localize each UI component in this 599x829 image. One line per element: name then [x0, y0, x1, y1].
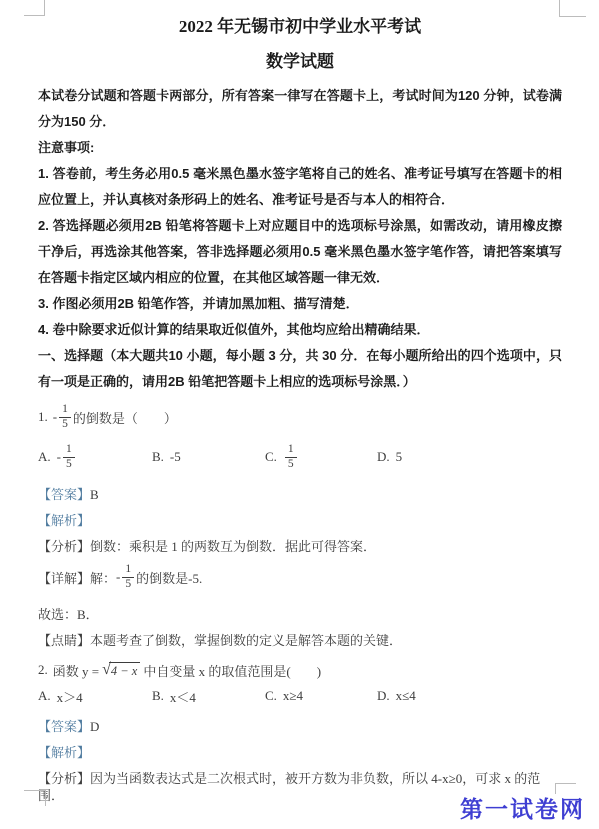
- option-d-value: 5: [396, 449, 403, 465]
- square-root-expression: √ 4 − x: [102, 662, 140, 679]
- answer-value: D: [90, 719, 99, 734]
- option-b-label: B.: [152, 449, 164, 465]
- question-1-number: 1.: [38, 409, 48, 425]
- question-1-conclusion: 故选：B．: [38, 606, 562, 623]
- dianjing-text: 本题考查了倒数，掌握倒数的定义是解答本题的关键．: [90, 633, 402, 648]
- question-2-number: 2.: [38, 662, 48, 678]
- answer-label: 【答案】: [38, 487, 90, 502]
- crop-mark-bottom-left: [24, 790, 46, 806]
- question-2-answer-line: 【答案】D: [38, 718, 562, 735]
- notice-item-1: 1. 答卷前，考生务必用0.5 毫米黑色墨水签字笔将自己的姓名、准考证号填写在答…: [38, 161, 562, 213]
- option-b: B. x＜4: [152, 687, 265, 706]
- option-a: A. x＞4: [38, 687, 152, 706]
- option-a-minus-sign: -: [57, 449, 61, 465]
- answer-value: B: [90, 487, 99, 502]
- option-c: C. x≥4: [265, 688, 377, 704]
- question-1-dianjing-line: 【点睛】本题考查了倒数，掌握倒数的定义是解答本题的关键．: [38, 632, 562, 649]
- fraction-denominator: 5: [285, 458, 297, 471]
- fenxi-label: 【分析】: [38, 539, 90, 554]
- option-a: A. - 1 5: [38, 443, 152, 470]
- option-b-label: B.: [152, 688, 164, 704]
- notice-heading: 注意事项:: [38, 135, 562, 161]
- notice-item-3: 3. 作图必须用2B 铅笔作答，并请加黑加粗、描写清楚．: [38, 291, 562, 317]
- analysis-label: 【解析】: [38, 513, 90, 528]
- fraction-denominator: 5: [63, 458, 75, 471]
- page-subtitle: 数学试题: [38, 51, 562, 73]
- radicand: 4 − x: [109, 662, 140, 679]
- option-c: C. 1 5: [265, 443, 377, 470]
- question-1-answer-line: 【答案】B: [38, 486, 562, 503]
- option-a-value: x＞4: [57, 687, 83, 706]
- question-2-pre: 函数 y =: [53, 661, 99, 680]
- option-a-label: A.: [38, 688, 51, 704]
- option-d-label: D.: [377, 688, 390, 704]
- fraction-denominator: 5: [59, 418, 71, 431]
- answer-label: 【答案】: [38, 719, 90, 734]
- notice-item-2: 2. 答选择题必须用2B 铅笔将答题卡上对应题目中的选项标号涂黑，如需改动，请用…: [38, 213, 562, 291]
- fraction-numerator: 1: [59, 403, 71, 417]
- option-d-value: x≤4: [396, 688, 416, 704]
- option-d-label: D.: [377, 449, 390, 465]
- question-2-analysis-heading: 【解析】: [38, 744, 562, 761]
- question-2-options: A. x＞4 B. x＜4 C. x≥4 D. x≤4: [38, 683, 562, 709]
- option-c-fraction: 1 5: [285, 443, 297, 470]
- option-d: D. 5: [377, 449, 402, 465]
- question-1-stem: 1. - 1 5 的倒数是（ ）: [38, 397, 562, 437]
- xiangjie-minus-sign: -: [116, 569, 120, 585]
- question-1-options: A. - 1 5 B. -5 C. 1 5 D. 5: [38, 437, 562, 477]
- option-c-label: C.: [265, 688, 277, 704]
- option-a-label: A.: [38, 449, 51, 465]
- question-1-fenxi-line: 【分析】倒数：乘积是 1 的两数互为倒数．据此可得答案．: [38, 538, 562, 555]
- option-d: D. x≤4: [377, 688, 416, 704]
- section-heading: 一、选择题（本大题共10 小题，每小题 3 分，共 30 分．在每小题所给出的四…: [38, 343, 562, 395]
- xiangjie-fraction: 1 5: [122, 563, 134, 590]
- document-content: 2022 年无锡市初中学业水平考试 数学试题 本试卷分试题和答题卡两部分，所有答…: [38, 16, 562, 804]
- crop-mark-top-left: [24, 0, 45, 16]
- question-1-minus-sign: -: [53, 409, 57, 425]
- option-b: B. -5: [152, 449, 265, 465]
- question-1-text: 的倒数是（ ）: [73, 408, 177, 427]
- option-c-value: x≥4: [283, 688, 303, 704]
- fenxi-label: 【分析】: [38, 771, 90, 786]
- question-1-xiangjie-line: 【详解】 解： - 1 5 的倒数是-5.: [38, 557, 562, 597]
- question-2-stem: 2. 函数 y = √ 4 − x 中自变量 x 的取值范围是( ): [38, 657, 562, 683]
- xiangjie-post: 的倒数是-5.: [136, 568, 202, 587]
- question-1-fraction: 1 5: [59, 403, 71, 430]
- analysis-label: 【解析】: [38, 745, 90, 760]
- question-2-text: 中自变量 x 的取值范围是( ): [143, 661, 321, 680]
- intro-paragraph: 本试卷分试题和答题卡两部分，所有答案一律写在答题卡上，考试时间为120 分钟，试…: [38, 83, 562, 135]
- page-title: 2022 年无锡市初中学业水平考试: [38, 16, 562, 38]
- option-b-value: -5: [170, 449, 181, 465]
- fraction-numerator: 1: [63, 443, 75, 457]
- site-watermark: 第一试卷网: [460, 791, 585, 824]
- fraction-numerator: 1: [285, 443, 297, 457]
- question-1-analysis-heading: 【解析】: [38, 512, 562, 529]
- exam-paper-page: 2022 年无锡市初中学业水平考试 数学试题 本试卷分试题和答题卡两部分，所有答…: [0, 0, 599, 829]
- dianjing-label: 【点睛】: [38, 633, 90, 648]
- fenxi-text: 倒数：乘积是 1 的两数互为倒数．据此可得答案．: [90, 539, 376, 554]
- option-b-value: x＜4: [170, 687, 196, 706]
- xiangjie-label: 【详解】: [38, 568, 90, 587]
- crop-mark-top-right: [559, 0, 586, 17]
- fraction-denominator: 5: [122, 578, 134, 591]
- fraction-numerator: 1: [122, 563, 134, 577]
- option-c-label: C.: [265, 449, 277, 465]
- notice-item-4: 4. 卷中除要求近似计算的结果取近似值外，其他均应给出精确结果．: [38, 317, 562, 343]
- xiangjie-pre: 解：: [90, 568, 116, 587]
- option-a-fraction: 1 5: [63, 443, 75, 470]
